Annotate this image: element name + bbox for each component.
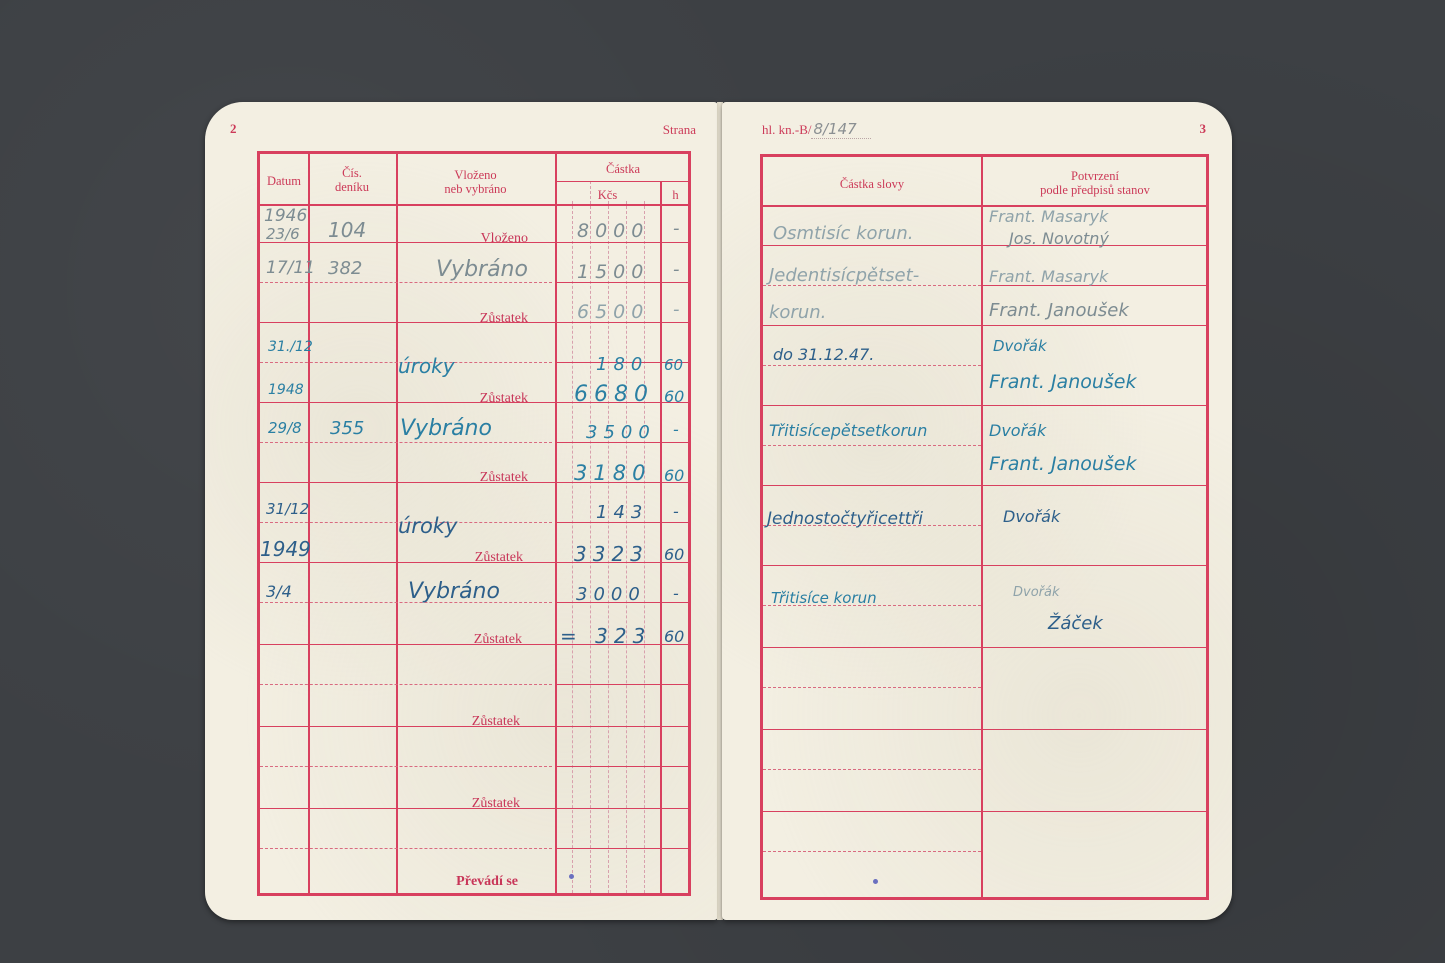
- header-subdivider: [555, 181, 688, 182]
- row-line: [555, 766, 688, 767]
- hw-amount-words: do 31.12.47.: [773, 345, 874, 364]
- row-dotted-line: [763, 445, 981, 446]
- label-zustatek: Zůstatek: [396, 550, 523, 566]
- ledger-table: Datum Čís. deníku Vloženo neb vybráno Čá…: [257, 151, 691, 896]
- header-bottom-line: [763, 205, 1206, 207]
- hw-type: Vybráno: [408, 579, 500, 604]
- digit-guide: [590, 181, 591, 893]
- row-line: [763, 811, 1206, 812]
- hw-h: 60: [664, 387, 684, 406]
- row-dotted-line: [260, 442, 552, 443]
- hw-h: -: [673, 584, 679, 603]
- hw-signature: Žáček: [1048, 613, 1103, 634]
- header-h: h: [660, 188, 691, 202]
- hw-h: -: [673, 259, 680, 280]
- hw-datum-year: 1946: [264, 206, 307, 226]
- hw-signature: Dvořák: [1013, 585, 1060, 600]
- header-vlozeno-line1: Vloženo: [396, 168, 555, 182]
- header-vlozeno-line2: neb vybráno: [396, 182, 555, 196]
- label-vlozeno: Vloženo: [396, 231, 528, 247]
- hw-amount-words: Třitisíce korun: [771, 589, 877, 607]
- row-dotted-line: [260, 766, 552, 767]
- hw-h: 60: [664, 627, 684, 646]
- ink-stain: [569, 874, 574, 879]
- header-datum: Datum: [260, 174, 308, 188]
- hw-cis: 104: [328, 218, 366, 242]
- row-dotted-line: [763, 769, 981, 770]
- hw-signature: Frant. Masaryk: [989, 207, 1108, 226]
- strana-label: Strana: [663, 122, 696, 138]
- hw-h: -: [673, 502, 679, 521]
- header-kcs: Kčs: [555, 188, 660, 202]
- right-page: hl. kn.-B/8/147 3 Částka slovy Potvrzení…: [722, 102, 1232, 920]
- hw-signature: Dvořák: [993, 337, 1047, 355]
- hw-h: 60: [664, 466, 684, 485]
- hw-kcs: 3000: [576, 584, 646, 605]
- row-line: [763, 565, 1206, 566]
- col-divider: [981, 157, 983, 897]
- hw-kcs: 3500: [586, 422, 656, 443]
- row-line: [763, 647, 1206, 648]
- hw-amount-words: Jednostočtyřicettři: [767, 509, 923, 529]
- page-number-right: 3: [1200, 121, 1207, 137]
- hw-h: -: [673, 420, 679, 439]
- row-line: [555, 848, 688, 849]
- hw-signature: Dvořák: [989, 421, 1046, 440]
- row-dotted-line: [260, 602, 552, 603]
- row-line: [763, 325, 1206, 326]
- hw-datum: 31./12: [268, 339, 313, 355]
- header-cis-line1: Čís.: [308, 166, 396, 180]
- hw-amount-words: Jedentisícpětset-: [769, 265, 919, 286]
- hw-type: Vybráno: [400, 416, 492, 441]
- ref-prefix: hl. kn.-B/: [762, 122, 811, 137]
- hw-datum: 17/11: [266, 258, 315, 278]
- ref-value: 8/147: [811, 120, 870, 139]
- row-line: [763, 729, 1206, 730]
- hw-datum: 1948: [268, 382, 304, 398]
- col-divider: [660, 181, 662, 893]
- hw-h: -: [673, 299, 680, 320]
- hw-amount-words: Osmtisíc korun.: [773, 223, 914, 244]
- hw-amount-words: korun.: [769, 302, 826, 323]
- digit-guide: [572, 201, 573, 893]
- left-page: 2 Strana Datum Čís. deníku Vloženo neb v…: [205, 102, 718, 920]
- col-divider: [555, 154, 557, 893]
- hw-kcs: 6500: [577, 301, 649, 323]
- row-line: [763, 405, 1206, 406]
- hw-kcs: 8000: [577, 220, 649, 242]
- page-number-left: 2: [230, 121, 237, 137]
- hw-kcs: 180: [596, 354, 648, 375]
- row-dotted-line: [260, 282, 552, 283]
- row-line: [555, 684, 688, 685]
- label-zustatek: Zůstatek: [396, 714, 520, 730]
- hw-datum: 31/12: [266, 500, 309, 518]
- row-line: [763, 245, 1206, 246]
- hw-kcs: = 323: [560, 624, 651, 648]
- hw-signature: Frant. Janoušek: [989, 453, 1137, 475]
- row-dotted-line: [763, 365, 981, 366]
- label-prevadi-se: Převádí se: [396, 874, 518, 890]
- header-cis-line2: deníku: [308, 180, 396, 194]
- hw-type: úroky: [398, 354, 455, 378]
- hw-cis: 382: [328, 258, 362, 279]
- hw-datum: 3/4: [266, 582, 292, 601]
- row-line: [763, 485, 1206, 486]
- hw-signature: Frant. Janoušek: [989, 300, 1129, 321]
- hw-datum: 29/8: [268, 419, 302, 437]
- hw-signature: Frant. Janoušek: [989, 371, 1137, 393]
- header-cis-deniku: Čís. deníku: [308, 166, 396, 194]
- hw-h: 60: [664, 356, 683, 374]
- hw-kcs: 3180: [574, 461, 651, 485]
- hw-signature: Dvořák: [1003, 507, 1060, 526]
- account-reference: hl. kn.-B/8/147: [762, 120, 871, 138]
- hw-kcs: 6680: [574, 382, 654, 407]
- header-potvrzeni-line2: podle předpisů stanov: [981, 183, 1209, 197]
- hw-kcs: 3323: [574, 542, 649, 566]
- ink-stain: [873, 879, 878, 884]
- hw-signature: Frant. Masaryk: [989, 267, 1108, 286]
- label-zustatek: Zůstatek: [396, 311, 528, 327]
- header-potvrzeni-line1: Potvrzení: [981, 169, 1209, 183]
- label-zustatek: Zůstatek: [396, 470, 528, 486]
- row-dotted-line: [260, 684, 552, 685]
- header-bottom-line: [260, 204, 688, 206]
- hw-datum: 1949: [260, 537, 311, 561]
- hw-type: úroky: [398, 514, 457, 538]
- hw-cis: 355: [330, 418, 364, 439]
- row-dotted-line: [763, 687, 981, 688]
- hw-kcs: 143: [596, 502, 648, 523]
- header-vlozeno: Vloženo neb vybráno: [396, 168, 555, 196]
- hw-type: Vybráno: [436, 257, 528, 282]
- header-castka: Částka: [555, 162, 691, 176]
- label-zustatek: Zůstatek: [396, 391, 528, 407]
- hw-datum: 23/6: [266, 225, 300, 243]
- label-zustatek: Zůstatek: [396, 796, 520, 812]
- header-castka-slovy: Částka slovy: [763, 177, 981, 191]
- row-dotted-line: [260, 848, 552, 849]
- hw-signature: Jos. Novotný: [1009, 229, 1109, 248]
- label-zustatek: Zůstatek: [396, 632, 522, 648]
- hw-h: -: [673, 218, 680, 239]
- row-dotted-line: [763, 851, 981, 852]
- confirmation-table: Částka slovy Potvrzení podle předpisů st…: [760, 154, 1209, 900]
- hw-h: 60: [664, 545, 684, 564]
- header-potvrzeni: Potvrzení podle předpisů stanov: [981, 169, 1209, 197]
- hw-amount-words: Třitisícepětsetkorun: [769, 421, 927, 440]
- hw-kcs: 1500: [577, 261, 649, 283]
